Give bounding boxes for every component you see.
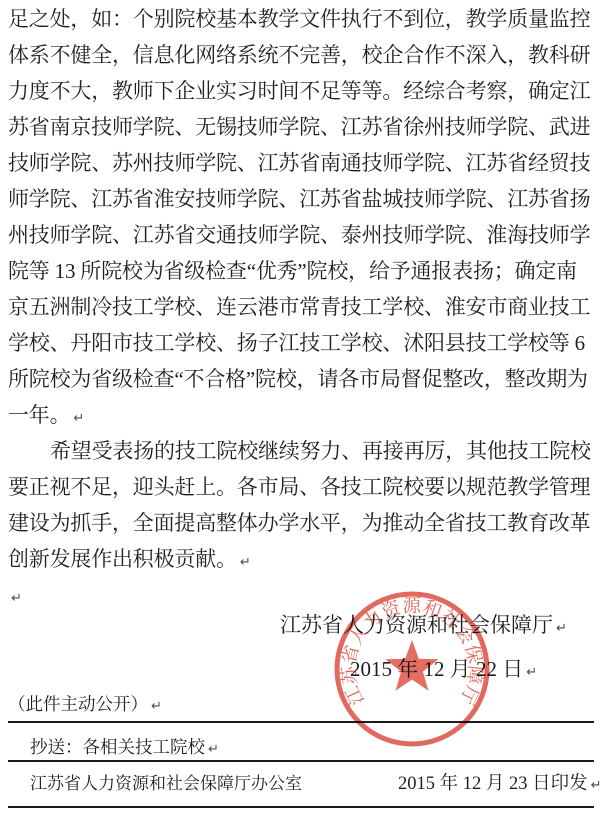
paragraph-mark-icon: ↵ [73,411,84,426]
body-line: 希望受表扬的技工院校继续努力、再接再厉，其他技工院校 [8,433,598,469]
body-line-text: 京五洲制冷技工学校、连云港市常青技工学校、淮安市商业技工 [8,295,590,319]
body-line-text: 师学院、江苏省淮安技师学院、江苏省盐城技师学院、江苏省扬 [8,187,590,211]
body-line: 苏省南京技师学院、无锡技师学院、江苏省徐州技师学院、武进 [8,109,598,145]
body-line: 学校、丹阳市技工学校、扬子江技工学校、沭阳县技工学校等 6 [8,325,598,361]
publicity-note-text: （此件主动公开） [8,694,148,714]
body-line: 力度不大，教师下企业实习时间不足等等。经综合考察，确定江 [8,73,598,109]
print-date-text: 2015 年 12 月 23 日印发 [398,774,588,794]
star-icon [385,640,438,691]
divider-line [8,721,594,723]
paragraph-mark-icon: ↵ [208,742,219,757]
paragraph-mark-icon: ↵ [151,699,162,714]
paragraph-mark-icon: ↵ [591,778,600,793]
body-text: 足之处，如：个别院校基本教学文件执行不到位，教学质量监控体系不健全，信息化网络系… [8,1,598,613]
body-line: 技师学院、苏州技师学院、江苏省南通技师学院、江苏省经贸技 [8,145,598,181]
body-line-text: 苏省南京技师学院、无锡技师学院、江苏省徐州技师学院、武进 [8,115,590,139]
issuer-office: 江苏省人力资源和社会保障厅办公室 [30,774,302,794]
divider-line [8,760,594,762]
cc-line: 抄送：各相关技工院校↵ [30,737,219,760]
body-line: 院等 13 所院校为省级检查“优秀”院校，给予通报表扬；确定南 [8,253,598,289]
body-line: 要正视不足，迎头赶上。各市局、各技工院校要以规范教学管理 [8,469,598,505]
body-line-text: 建设为抓手，全面提高整体办学水平，为推动全省技工教育改革 [8,511,590,535]
paragraph-mark-icon: ↵ [11,591,22,606]
body-line-text: 希望受表扬的技工院校继续努力、再接再厉，其他技工院校 [50,439,591,463]
official-seal: 江苏省人力资源和社会保障厅 [333,590,491,748]
body-line: 创新发展作出积极贡献。↵ [8,541,598,577]
body-line: 足之处，如：个别院校基本教学文件执行不到位，教学质量监控 [8,1,598,37]
body-line-text: 力度不大，教师下企业实习时间不足等等。经综合考察，确定江 [8,79,590,103]
paragraph-mark-icon: ↵ [240,555,251,570]
body-line: 所院校为省级检查“不合格”院校，请各市局督促整改，整改期为 [8,361,598,397]
body-line-text: 创新发展作出积极贡献。 [8,547,237,571]
paragraph-mark-icon: ↵ [556,621,567,636]
paragraph-mark-icon: ↵ [526,665,537,680]
body-line: 州技师学院、江苏省交通技师学院、泰州技师学院、淮海技师学 [8,217,598,253]
body-line: 体系不健全，信息化网络系统不完善，校企合作不深入，教科研 [8,37,598,73]
body-line-text: 院等 13 所院校为省级检查“优秀”院校，给予通报表扬；确定南 [8,259,577,283]
body-line-text: 足之处，如：个别院校基本教学文件执行不到位，教学质量监控 [8,7,590,31]
body-line-text: 所院校为省级检查“不合格”院校，请各市局督促整改，整改期为 [8,367,588,391]
cc-text: 抄送：各相关技工院校 [30,737,205,757]
body-line-text: 要正视不足，迎头赶上。各市局、各技工院校要以规范教学管理 [8,475,590,499]
body-line: ↵ [8,577,598,613]
body-line: 一年。↵ [8,397,598,433]
document-page: 足之处，如：个别院校基本教学文件执行不到位，教学质量监控体系不健全，信息化网络系… [0,0,600,814]
publicity-note: （此件主动公开）↵ [8,694,162,717]
body-line-text: 一年。 [8,403,70,427]
body-line-text: 州技师学院、江苏省交通技师学院、泰州技师学院、淮海技师学 [8,223,590,247]
body-line-text: 体系不健全，信息化网络系统不完善，校企合作不深入，教科研 [8,43,590,67]
body-line-text: 学校、丹阳市技工学校、扬子江技工学校、沭阳县技工学校等 6 [8,331,585,355]
body-line: 建设为抓手，全面提高整体办学水平，为推动全省技工教育改革 [8,505,598,541]
body-line: 师学院、江苏省淮安技师学院、江苏省盐城技师学院、江苏省扬 [8,181,598,217]
body-line: 京五洲制冷技工学校、连云港市常青技工学校、淮安市商业技工 [8,289,598,325]
body-line-text: 技师学院、苏州技师学院、江苏省南通技师学院、江苏省经贸技 [8,151,590,175]
print-date: 2015 年 12 月 23 日印发↵ [398,774,600,796]
divider-line [8,806,594,808]
